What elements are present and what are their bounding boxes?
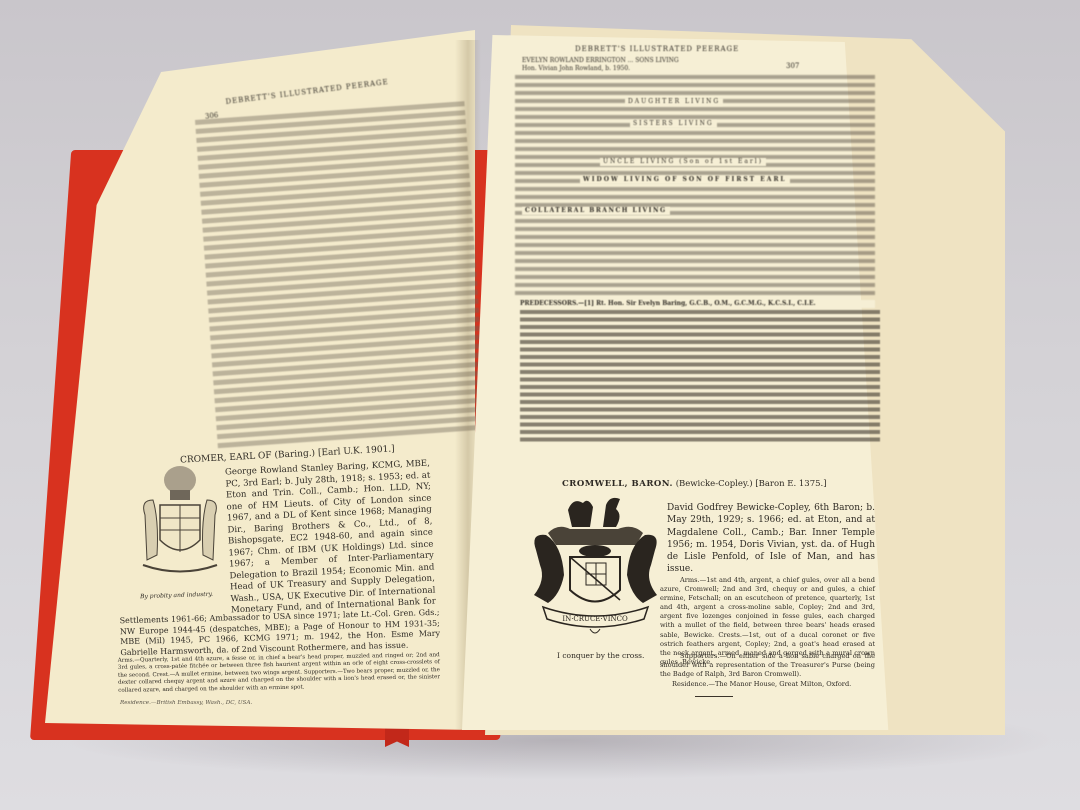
cromwell-entry-heading: CROMWELL, BARON. (Bewicke-Copley.) [Baro… (562, 479, 827, 489)
section-end-rule (695, 696, 733, 697)
left-upper-text-block (195, 101, 487, 449)
left-arms-text: Arms.—Quarterly, 1st and 4th azure, a fe… (118, 652, 441, 695)
right-predecessors: PREDECESSORS.—[1] Rt. Hon. Sir Evelyn Ba… (520, 300, 875, 308)
cromwell-family: (Bewicke-Copley.) (676, 479, 753, 489)
left-entry-text: George Rowland Stanley Baring, KCMG, MBE… (225, 459, 436, 618)
cromwell-creation: [Baron E. 1375.] (755, 479, 826, 489)
cromwell-coat-of-arms: IN·CRUCE·VINCO (528, 495, 663, 640)
cromwell-residence: Residence.—The Manor House, Great Milton… (672, 680, 887, 689)
left-residence: Residence.—British Embassy, Wash., DC, U… (120, 700, 252, 706)
cromwell-supporters: Supporters.—On either side a lion sable … (660, 652, 875, 679)
right-top-line-2: Hon. Vivian John Rowland, b. 1950. (522, 65, 872, 73)
left-entry-family: (Baring.) (274, 449, 315, 461)
motto-scroll-text: IN·CRUCE·VINCO (562, 615, 628, 623)
right-top-line-1: EVELYN ROWLAND ERRINGTON ... SONS LIVING (522, 57, 872, 65)
right-heading-widow: WIDOW LIVING OF SON OF FIRST EARL (580, 176, 790, 184)
right-heading-collateral: COLLATERAL BRANCH LIVING (522, 207, 670, 215)
cromwell-motto-translation: I conquer by the cross. (557, 651, 644, 660)
right-heading-daughter: DAUGHTER LIVING (625, 98, 723, 106)
right-running-head: DEBRETT'S ILLUSTRATED PEERAGE (575, 45, 739, 53)
cromwell-title: CROMWELL, BARON. (562, 479, 673, 489)
left-entry-text-cont: Settlements 1961-66; Ambassador to USA s… (120, 608, 441, 658)
right-heading-sisters: SISTERS LIVING (630, 120, 717, 128)
cromer-coat-of-arms (135, 460, 225, 585)
right-predecessors-text-block (520, 310, 880, 445)
right-heading-uncle: UNCLE LIVING (Son of 1st Earl) (600, 158, 766, 166)
right-upper-text-block (515, 75, 875, 295)
cromwell-entry-text: David Godfrey Bewicke-Copley, 6th Baron;… (667, 502, 875, 576)
